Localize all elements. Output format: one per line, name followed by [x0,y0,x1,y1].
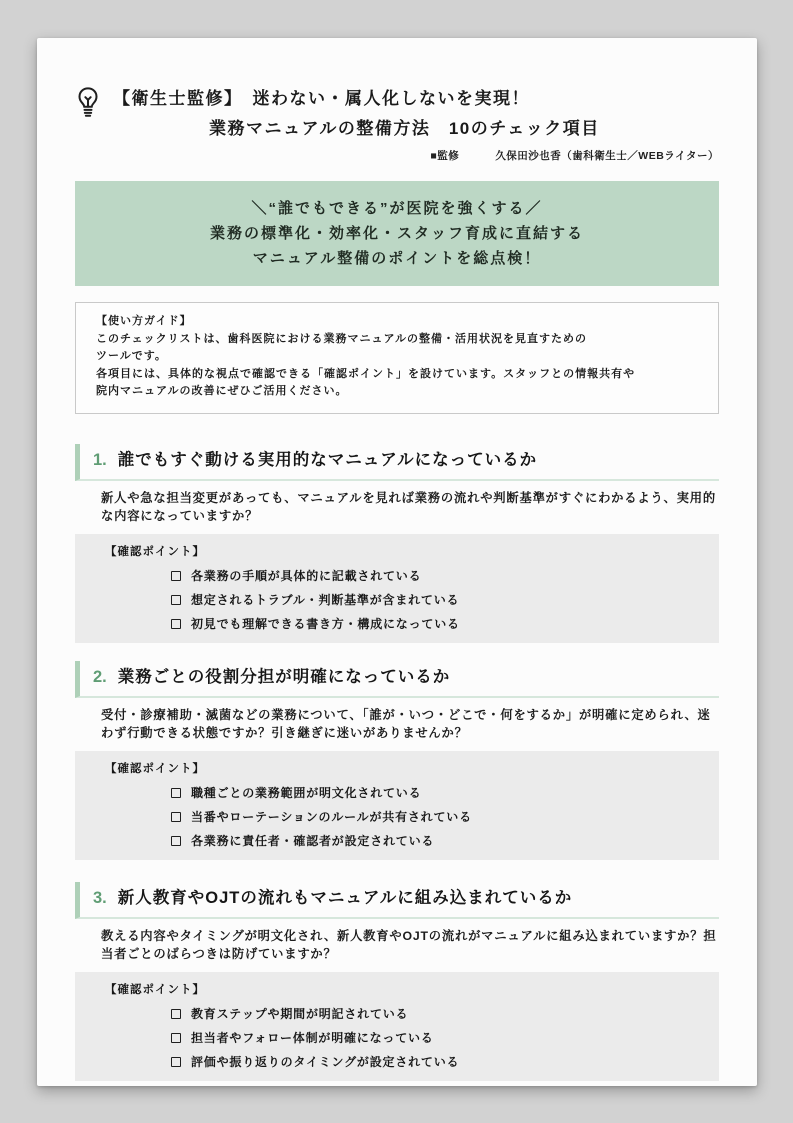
checklist-item: 各業務に責任者・確認者が設定されている [171,832,701,850]
desktop-background: { "header": { "title_line1": "【衛生士監修】 迷わ… [0,0,793,1123]
section-3-checkpoint-box: 【確認ポイント】 教育ステップや期間が明記されている 担当者やフォロー体制が明確… [75,972,719,1081]
checkbox-icon [171,1057,181,1067]
checkbox-icon [171,571,181,581]
usage-guide-box: 【使い方ガイド】 このチェックリストは、歯科医院における業務マニュアルの整備・活… [75,302,719,414]
checklist-item-text: 職種ごとの業務範囲が明文化されている [191,784,421,802]
checklist-item-text: 各業務の手順が具体的に記載されている [191,567,421,585]
supervisor-credit: ■監修久保田沙也香（歯科衛生士／WEBライター） [75,148,719,163]
banner-line-2: 業務の標準化・効率化・スタッフ育成に直結する [85,221,709,246]
section-1-title: 誰でもすぐ動ける実用的なマニュアルになっているか [118,451,537,469]
checkpoint-label: 【確認ポイント】 [105,982,701,999]
checkbox-icon [171,836,181,846]
guide-line-1: このチェックリストは、歯科医院における業務マニュアルの整備・活用状況を見直すため… [96,331,698,349]
checkbox-icon [171,619,181,629]
document-header: 【衛生士監修】 迷わない・属人化しないを実現！ 業務マニュアルの整備方法 10の… [75,84,719,144]
checklist-item-text: 当番やローテーションのルールが共有されている [191,808,472,826]
checklist-item: 初見でも理解できる書き方・構成になっている [171,615,701,633]
guide-line-4: 院内マニュアルの改善にぜひご活用ください。 [96,383,698,401]
title-line-2: 業務マニュアルの整備方法 10のチェック項目 [209,114,600,144]
checklist-item-text: 担当者やフォロー体制が明確になっている [191,1029,434,1047]
section-3-description: 教える内容やタイミングが明文化され、新人教育やOJTの流れがマニュアルに組み込ま… [101,927,717,964]
checklist-item-text: 評価や振り返りのタイミングが設定されている [191,1053,459,1071]
checklist-item-text: 想定されるトラブル・判断基準が含まれている [191,591,459,609]
checkbox-icon [171,788,181,798]
checkbox-icon [171,595,181,605]
section-2-number: 2. [93,668,107,686]
checkpoint-label: 【確認ポイント】 [105,544,701,561]
checklist-item-text: 各業務に責任者・確認者が設定されている [191,832,434,850]
banner-line-3: マニュアル整備のポイントを総点検！ [85,246,709,271]
checkbox-icon [171,1009,181,1019]
section-1-number: 1. [93,451,107,469]
checklist-item: 評価や振り返りのタイミングが設定されている [171,1053,701,1071]
checkbox-icon [171,1033,181,1043]
catchcopy-banner: ＼“誰でもできる”が医院を強くする／ 業務の標準化・効率化・スタッフ育成に直結す… [75,181,719,286]
section-1-description: 新人や急な担当変更があっても、マニュアルを見れば業務の流れや判断基準がすぐにわか… [101,489,717,526]
checklist-item: 職種ごとの業務範囲が明文化されている [171,784,701,802]
section-2-description: 受付・診療補助・滅菌などの業務について、「誰が・いつ・どこで・何をするか」が明確… [101,706,717,743]
banner-line-1: ＼“誰でもできる”が医院を強くする／ [85,196,709,221]
checklist-item: 当番やローテーションのルールが共有されている [171,808,701,826]
document-page: 【衛生士監修】 迷わない・属人化しないを実現！ 業務マニュアルの整備方法 10の… [37,38,757,1086]
page-title: 【衛生士監修】 迷わない・属人化しないを実現！ 業務マニュアルの整備方法 10の… [113,84,600,144]
guide-line-3: 各項目には、具体的な視点で確認できる「確認ポイント」を設けています。スタッフとの… [96,366,698,384]
guide-line-2: ツールです。 [96,348,698,366]
supervisor-label: ■監修 [430,150,459,162]
title-line-1: 【衛生士監修】 迷わない・属人化しないを実現！ [113,84,600,114]
lightbulb-icon [75,86,101,120]
section-1-heading: 1.誰でもすぐ動ける実用的なマニュアルになっているか [75,444,719,481]
checklist-item: 担当者やフォロー体制が明確になっている [171,1029,701,1047]
section-3-title: 新人教育やOJTの流れもマニュアルに組み込まれているか [118,889,572,907]
supervisor-name: 久保田沙也香（歯科衛生士／WEBライター） [495,150,719,162]
section-2-checkpoint-box: 【確認ポイント】 職種ごとの業務範囲が明文化されている 当番やローテーションのル… [75,751,719,860]
checklist-section-3: 3.新人教育やOJTの流れもマニュアルに組み込まれているか 教える内容やタイミン… [75,882,719,1081]
checklist-item: 想定されるトラブル・判断基準が含まれている [171,591,701,609]
checklist-section-1: 1.誰でもすぐ動ける実用的なマニュアルになっているか 新人や急な担当変更があって… [75,444,719,643]
section-3-number: 3. [93,889,107,907]
section-3-heading: 3.新人教育やOJTの流れもマニュアルに組み込まれているか [75,882,719,919]
section-2-title: 業務ごとの役割分担が明確になっているか [118,668,451,686]
section-2-heading: 2.業務ごとの役割分担が明確になっているか [75,661,719,698]
checkpoint-label: 【確認ポイント】 [105,761,701,778]
checkbox-icon [171,812,181,822]
checklist-section-2: 2.業務ごとの役割分担が明確になっているか 受付・診療補助・滅菌などの業務につい… [75,661,719,860]
checklist-item-text: 初見でも理解できる書き方・構成になっている [191,615,460,633]
section-1-checkpoint-box: 【確認ポイント】 各業務の手順が具体的に記載されている 想定されるトラブル・判断… [75,534,719,643]
checklist-item: 各業務の手順が具体的に記載されている [171,567,701,585]
checklist-item: 教育ステップや期間が明記されている [171,1005,701,1023]
checklist-item-text: 教育ステップや期間が明記されている [191,1005,408,1023]
guide-title: 【使い方ガイド】 [96,313,698,331]
